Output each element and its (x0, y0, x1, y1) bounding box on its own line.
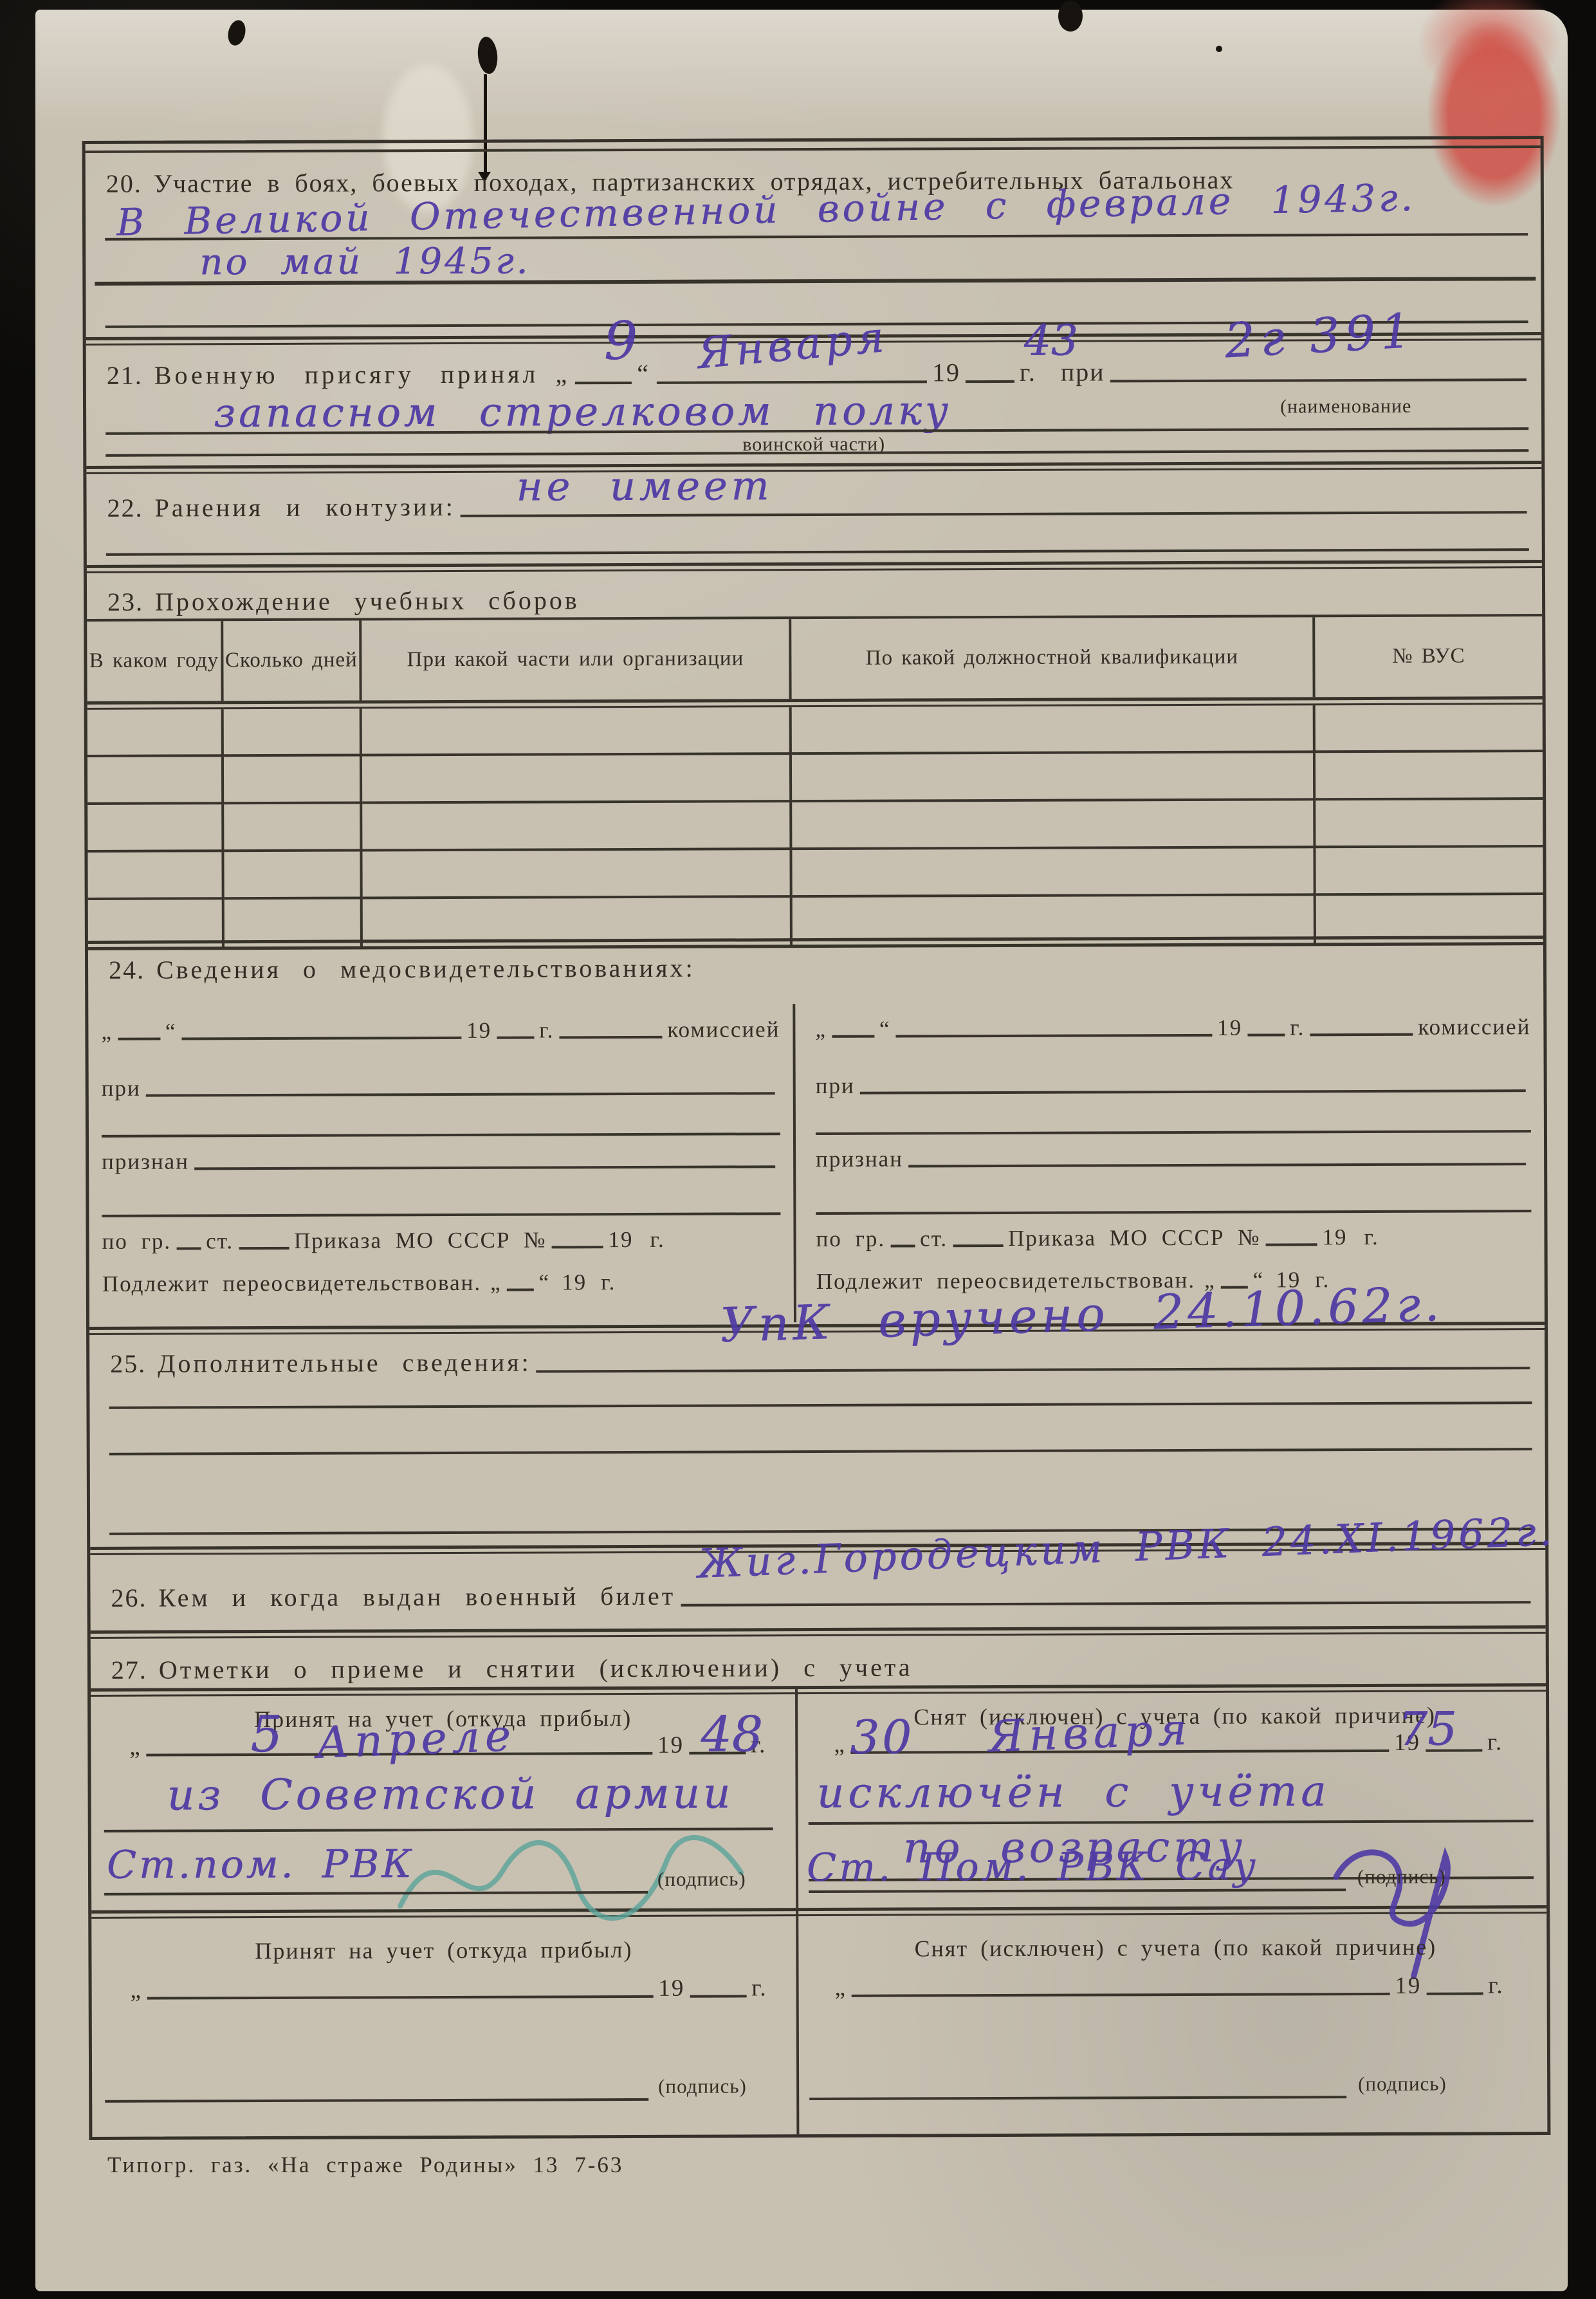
section-23-label: Прохождение учебных сборов (155, 585, 580, 616)
med-column-right: „ “ 19 г. комиссией при признан (815, 975, 1532, 1322)
year-19: 19 (1395, 1972, 1421, 2000)
rule-blank (102, 1132, 780, 1138)
pogr-label: по гр. (816, 1226, 885, 1252)
close-quote: “ (539, 1270, 551, 1295)
unit-blank (1110, 378, 1527, 382)
priznan-label: признан (816, 1147, 903, 1172)
g-label: г. (601, 1270, 616, 1295)
year-19: 19 (932, 357, 960, 387)
section-divider (87, 560, 1542, 573)
handwriting-s22: не имеет (516, 462, 773, 510)
rule-blank (102, 1212, 780, 1217)
red-stain-edge (1399, 0, 1579, 113)
g-label: г. (1290, 1015, 1305, 1040)
med-priznan-line: признан (102, 1147, 780, 1175)
open-quote: „ (555, 358, 570, 389)
g-label: г. (1364, 1224, 1379, 1250)
year-19: 19 (466, 1018, 491, 1044)
year-19: 19 (1322, 1224, 1347, 1250)
wounds-blank (461, 511, 1527, 517)
section-27-label: Отметки о приеме и снятии (исключении) с… (159, 1652, 913, 1685)
ink-dot (1216, 46, 1222, 52)
section-22-label: Ранения и контузии: (154, 492, 455, 523)
paper-sheet: 20. Участие в боях, боевых походах, парт… (35, 10, 1568, 2291)
training-table-header: В каком году Сколько дней При какой част… (87, 616, 1542, 701)
open-quote: „ (101, 1019, 113, 1045)
year-19: 19 (1217, 1015, 1242, 1041)
open-quote: „ (131, 1977, 143, 2004)
year-19: 19 (608, 1227, 633, 1253)
handwriting-s21-day: 9 (604, 311, 638, 372)
open-quote: „ (129, 1733, 142, 1761)
section-23-title: 23. Прохождение учебных сборов (107, 585, 580, 617)
commission-label: комиссией (667, 1017, 780, 1043)
remove-header: Снят (исключен) с учета (по какой причин… (805, 1933, 1545, 1962)
col-header-vus: № ВУС (1315, 616, 1542, 697)
handwriting-remove-day: 30 (850, 1710, 914, 1764)
priznan-blank (908, 1163, 1526, 1167)
g-label: г. (1488, 1971, 1503, 1999)
g-label: г. (650, 1227, 665, 1253)
podpis-label: (подпись) (1357, 1865, 1446, 1888)
col-header-days: Сколько дней (223, 620, 362, 701)
section-23-number: 23. (107, 587, 143, 617)
pri-label: при (102, 1076, 141, 1102)
col-header-qualification: По какой должностной квалификации (791, 617, 1315, 699)
commission-label: комиссией (1418, 1014, 1530, 1040)
accept-header: Принят на учет (откуда прибыл) (91, 1935, 796, 1965)
podpis-label: (подпись) (658, 2074, 747, 2098)
handwriting-accept-day: 5 (250, 1706, 282, 1764)
accept-date-line-2: „ 19 г. (131, 1974, 767, 2004)
open-quote: „ (835, 1974, 847, 2002)
year-blank (690, 1995, 746, 1997)
col-header-unit: При какой части или организации (362, 619, 791, 700)
st-label: ст. (920, 1226, 948, 1251)
open-quote: „ (490, 1270, 502, 1296)
priznan-blank (194, 1165, 775, 1170)
caption-naimenovanie: (наименование (1280, 396, 1411, 418)
handwriting-s20-line2: по май 1945г. (199, 241, 530, 284)
commission-blank (1310, 1033, 1413, 1037)
podlezhit-label: Подлежит переосвидетельствован. (102, 1270, 481, 1297)
prikaz-label: Приказа МО СССР № (294, 1227, 547, 1253)
section-20-number: 20. (106, 169, 142, 199)
handwriting-s21-year: 43 (1024, 316, 1078, 365)
section-21-number: 21. (107, 360, 143, 391)
g-label: г. (1487, 1728, 1503, 1756)
day-blank (118, 1038, 160, 1040)
year-blank (1247, 1033, 1285, 1036)
close-quote: “ (165, 1019, 177, 1044)
med-pri-line: при (816, 1071, 1531, 1099)
rule-blank (106, 548, 1529, 556)
date-blank (147, 1995, 653, 2000)
med-prikaz-line: по гр. ст. Приказа МО СССР № 19 г. (102, 1226, 780, 1255)
col-header-year: В каком году (87, 621, 223, 701)
punch-hole (1058, 1, 1083, 32)
med-column-divider (793, 1004, 796, 1322)
table-row (87, 847, 1543, 900)
g-label: г. (539, 1017, 554, 1043)
podpis-label: (подпись) (657, 1867, 746, 1890)
training-table: В каком году Сколько дней При какой част… (87, 614, 1543, 950)
table-row (87, 752, 1543, 805)
pri-label: при (816, 1073, 855, 1099)
date-blank (852, 1993, 1390, 1997)
month-blank (896, 1034, 1213, 1038)
year-blank (966, 380, 1014, 383)
med-column-left: „ “ 19 г. комиссией при признан (101, 978, 781, 1325)
section-22-number: 22. (107, 493, 143, 523)
section-divider (91, 1625, 1546, 1639)
open-quote: „ (815, 1017, 827, 1042)
rule (809, 2096, 1346, 2100)
section-26-line: 26. Кем и когда выдан военный билет (111, 1578, 1536, 1613)
section-27-number: 27. (111, 1655, 147, 1685)
num-blank (552, 1246, 603, 1248)
close-quote: “ (879, 1017, 891, 1042)
rule-blank (816, 1210, 1531, 1215)
close-quote: “ (637, 358, 652, 389)
section-22-line: 22. Ранения и контузии: (107, 488, 1532, 523)
year-blank (497, 1037, 534, 1039)
handwriting-remove-official: Ст. Пом. РВК Сау (807, 1844, 1258, 1890)
section-25-label: Дополнительные сведения: (158, 1347, 531, 1379)
additional-blank (537, 1367, 1530, 1372)
print-shop-imprint: Типогр. газ. «На страже Родины» 13 7-63 (107, 2152, 623, 2178)
table-row (87, 705, 1543, 757)
day-blank (507, 1289, 534, 1291)
st-label: ст. (206, 1228, 234, 1254)
handwriting-s26: Жиг.Городецким РВК 24.XI.1962г. (697, 1508, 1555, 1587)
month-blank (182, 1037, 462, 1040)
table-row (87, 800, 1543, 853)
year-19: 19 (657, 1731, 684, 1759)
handwriting-accept-year: 48 (701, 1705, 763, 1762)
prikaz-label: Приказа МО СССР № (1008, 1225, 1261, 1251)
year-19: 19 (658, 1975, 684, 2002)
commission-blank (559, 1036, 662, 1039)
g-label: г. (751, 1974, 767, 2002)
priznan-label: признан (102, 1149, 189, 1174)
med-prikaz-line: по гр. ст. Приказа МО СССР № 19 г. (816, 1224, 1531, 1252)
podpis-label: (подпись) (1358, 2073, 1447, 2096)
section-26-label: Кем и когда выдан военный билет (158, 1581, 675, 1613)
handwriting-remove-month: Января (987, 1704, 1193, 1762)
section-27-title: 27. Отметки о приеме и снятии (исключени… (111, 1652, 913, 1685)
st-blank (953, 1244, 1003, 1247)
rule-blank (109, 1448, 1532, 1455)
form-border-box: 20. Участие в боях, боевых походах, парт… (82, 136, 1551, 2140)
scanned-military-card-page: 20. Участие в боях, боевых походах, парт… (0, 0, 1596, 2299)
med-pri-line: при (102, 1073, 780, 1102)
month-blank (657, 380, 927, 383)
day-blank (832, 1035, 874, 1038)
handwriting-remove-reason1: исключён с учёта (816, 1766, 1330, 1818)
rule-blank (109, 1401, 1532, 1409)
handwriting-s21-unit2: запасном стрелковом полку (214, 387, 951, 436)
year-blank (1426, 1992, 1483, 1995)
pri-blank (860, 1089, 1526, 1094)
handwriting-accept-month: Апреле (315, 1710, 517, 1769)
handwriting-remove-year: 75 (1398, 1702, 1457, 1756)
rule (105, 2098, 648, 2103)
gr-blank (890, 1244, 915, 1247)
handwriting-accept-official: Ст.пом. РВК (107, 1842, 414, 1888)
num-blank (1266, 1243, 1317, 1246)
st-blank (239, 1247, 289, 1250)
remove-date-line-2: „ 19 г. (835, 1971, 1504, 2002)
section-21-label: Военную присягу принял (154, 358, 539, 390)
gr-blank (176, 1247, 201, 1250)
section-26-number: 26. (111, 1583, 147, 1613)
year-19: 19 (562, 1270, 587, 1295)
table-top-line (91, 1683, 1546, 1697)
issued-by-blank (681, 1601, 1530, 1607)
section-divider (86, 461, 1541, 474)
open-quote: „ (834, 1731, 846, 1759)
med-date-line: „ “ 19 г. комиссией (101, 1017, 780, 1045)
med-priznan-line: признан (816, 1144, 1531, 1172)
rule-blank (816, 1130, 1531, 1135)
section-25-number: 25. (110, 1349, 146, 1379)
day-blank (575, 382, 632, 384)
pogr-label: по гр. (102, 1229, 171, 1255)
handwriting-s21-unit: 2г 391 (1223, 303, 1417, 369)
med-date-line: „ “ 19 г. комиссией (815, 1014, 1530, 1042)
box-top-second-line (86, 145, 1541, 153)
med-podlezhit-line: Подлежит переосвидетельствован. „ “ 19 г… (102, 1269, 781, 1297)
pri-blank (146, 1092, 775, 1096)
